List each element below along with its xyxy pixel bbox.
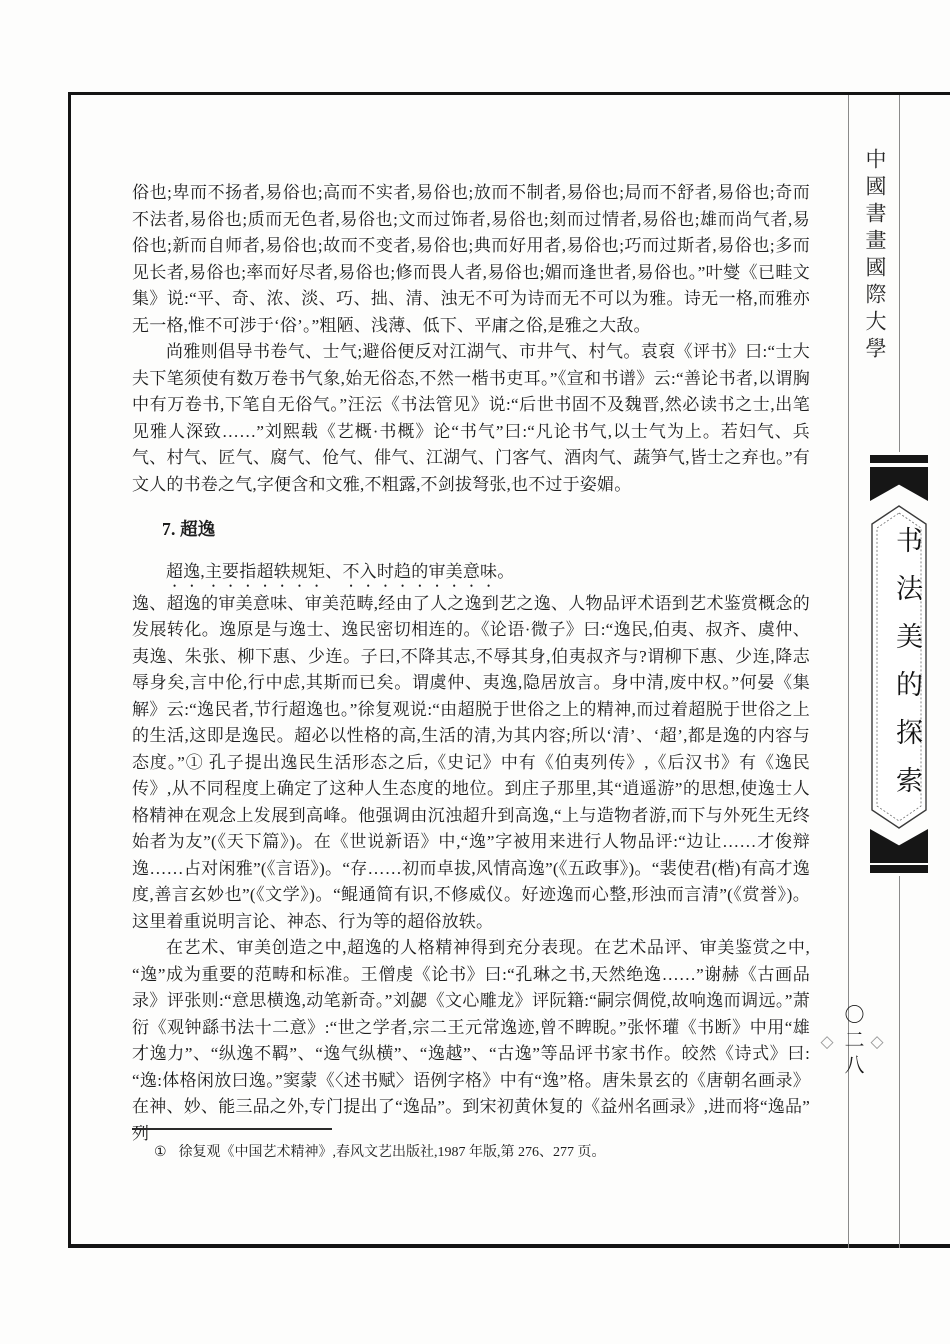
book-title-vertical: 书法美的探索 — [871, 520, 927, 820]
diamond-ornament-icon: ◇ — [814, 1032, 840, 1052]
footnote-marker: ① — [154, 1143, 167, 1163]
footnote: ① 徐复观《中国艺术精神》,春风文艺出版社,1987 年版,第 276、277 … — [154, 1143, 794, 1163]
emblem-bottom-bar — [870, 865, 928, 873]
body-paragraph: 在艺术、审美创造之中,超逸的人格精神得到充分表现。在艺术品评、审美鉴赏之中,“逸… — [132, 935, 810, 1147]
section-heading: 7. 超逸 — [132, 516, 810, 543]
main-text-column: 俗也;卑而不扬者,易俗也;高而不实者,易俗也;放而不制者,易俗也;局而不舒者,易… — [132, 180, 810, 1147]
body-paragraph: 俗也;卑而不扬者,易俗也;高而不实者,易俗也;放而不制者,易俗也;局而不舒者,易… — [132, 180, 810, 339]
body-paragraph: 逸、超逸的审美意味、审美范畴,经由了人之逸到艺之逸、人物品评术语到艺术鉴赏概念的… — [132, 591, 810, 936]
emblem-top-bar — [870, 455, 928, 463]
diamond-ornament-icon: ◇ — [864, 1032, 890, 1052]
body-paragraph: 尚雅则倡导书卷气、士气;避俗便反对江湖气、市井气、村气。袁裒《评书》曰:“士大夫… — [132, 339, 810, 498]
footnote-text: 徐复观《中国艺术精神》,春风文艺出版社,1987 年版,第 276、277 页。 — [179, 1143, 606, 1163]
emphasized-sentence: 超逸,主要指超轶规矩、不入时趋的审美意味。 — [132, 559, 810, 591]
page-number-column: ◇ 〇二八 ◇ — [858, 1000, 890, 1083]
university-name-vertical: 中國書畫國際大學 — [858, 148, 890, 364]
page-number: 〇二八 — [840, 1004, 864, 1079]
footnote-divider — [132, 1128, 332, 1130]
